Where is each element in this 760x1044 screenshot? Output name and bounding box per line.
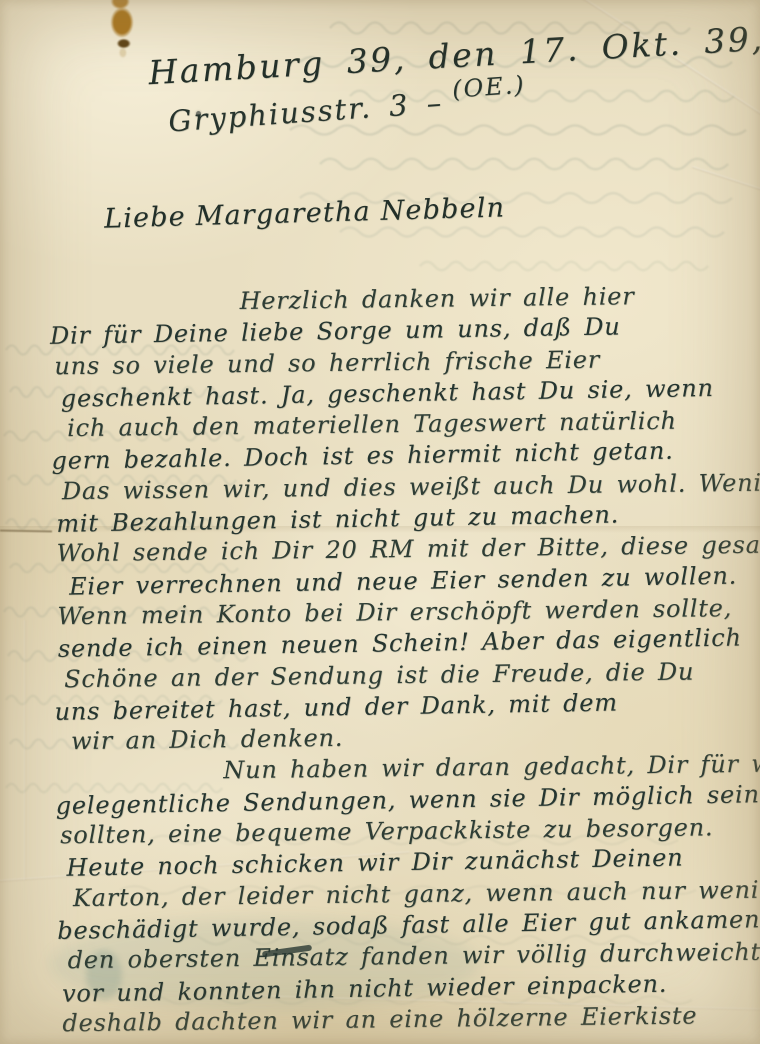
address-street: Gryphiusstr. 3 – bbox=[167, 85, 444, 138]
letter-salutation: Liebe Margaretha Nebbeln bbox=[104, 192, 506, 234]
address-note: (OE.) bbox=[451, 71, 526, 104]
letter-body: Herzlich danken wir alle hier Dir für De… bbox=[53, 280, 760, 1040]
paragraph: Nun haben wir daran gedacht, Dir für wei… bbox=[59, 749, 760, 1039]
letter-scan-page: Hamburg 39, den 17. Okt. 39, Gryphiusstr… bbox=[0, 0, 760, 1044]
ink-stain bbox=[100, 0, 144, 58]
letter-address-line: Gryphiusstr. 3 –(OE.) bbox=[167, 80, 527, 139]
fold-crease bbox=[24, 620, 26, 880]
fold-crease bbox=[692, 166, 760, 196]
paragraph: Herzlich danken wir alle hier Dir für De… bbox=[53, 280, 760, 758]
